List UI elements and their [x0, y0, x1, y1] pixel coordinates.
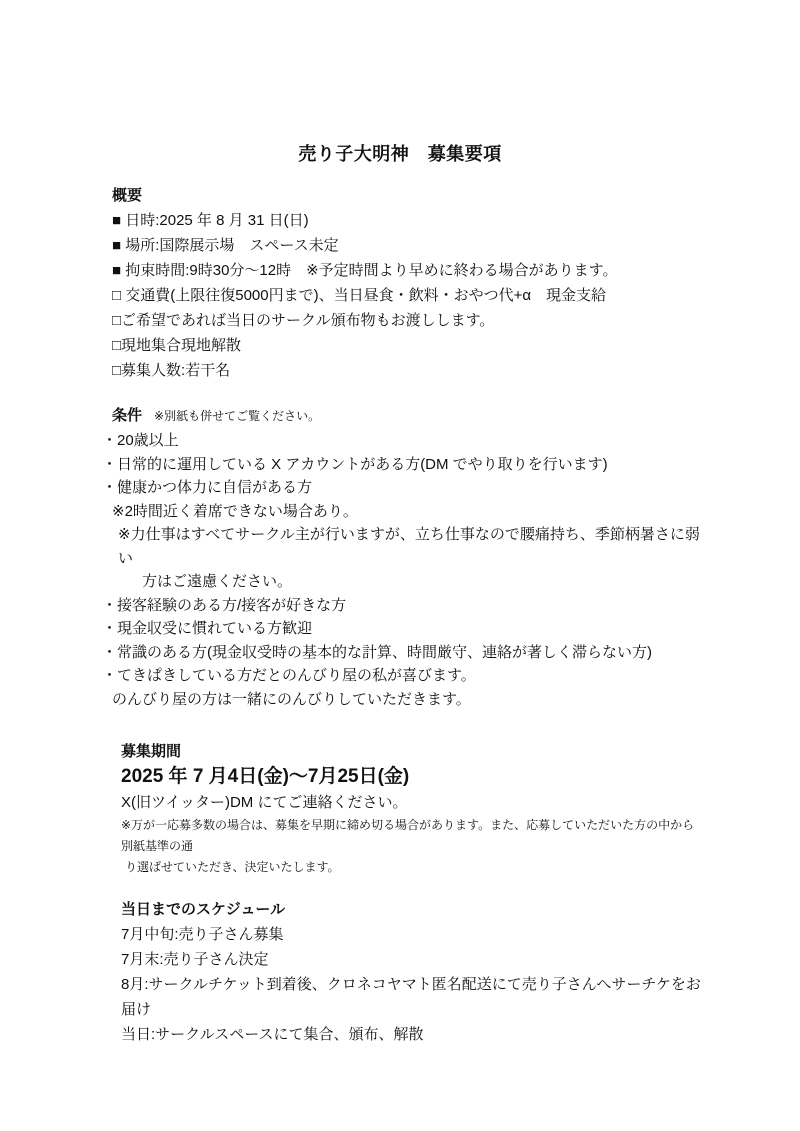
overview-line-expenses: □ 交通費(上限往復5000円まで)、当日昼食・飲料・おやつ代+α 現金支給	[112, 283, 704, 308]
condition-note-standing: ※2時間近く着席できない場合あり。	[112, 500, 704, 524]
schedule-line-event-day: 当日:サークルスペースにて集合、頒布、解散	[121, 1022, 704, 1047]
section-schedule: 当日までのスケジュール 7月中旬:売り子さん募集 7月末:売り子さん決定 8月:…	[121, 897, 704, 1047]
period-date-range: 2025 年 7 月4日(金)〜7月25日(金)	[121, 764, 704, 790]
schedule-line-mid-july: 7月中旬:売り子さん募集	[121, 922, 704, 947]
document-title: 売り子大明神 募集要項	[0, 0, 800, 167]
condition-line-service: ・接客経験のある方/接客が好きな方	[102, 594, 704, 618]
document-content: 概要 ■ 日時:2025 年 8 月 31 日(日) ■ 場所:国際展示場 スペ…	[0, 183, 800, 1047]
overview-line-goods: □ご希望であれば当日のサークル頒布物もお渡しします。	[112, 308, 704, 333]
condition-line-health: ・健康かつ体力に自信がある方	[102, 476, 704, 500]
overview-line-headcount: □募集人数:若干名	[112, 358, 704, 383]
schedule-heading: 当日までのスケジュール	[121, 897, 704, 922]
overview-line-meeting: □現地集合現地解散	[112, 333, 704, 358]
schedule-line-august: 8月:サークルチケット到着後、クロネコヤマト匿名配送にて売り子さんへサーチケをお…	[121, 972, 704, 1022]
section-conditions: 条件 ※別紙も併せてご覧ください。 ・20歳以上 ・日常的に運用している X ア…	[112, 403, 704, 711]
period-contact: X(旧ツイッター)DM にてご連絡ください。	[121, 790, 704, 815]
condition-note-heavy-work-cont: 方はご遠慮ください。	[142, 570, 704, 594]
conditions-heading-note: ※別紙も併せてご覧ください。	[154, 404, 320, 429]
section-recruitment-period: 募集期間 2025 年 7 月4日(金)〜7月25日(金) X(旧ツイッター)D…	[121, 739, 704, 878]
condition-line-x-account: ・日常的に運用している X アカウントがある方(DM でやり取りを行います)	[102, 453, 704, 477]
condition-note-heavy-work: ※力仕事はすべてサークル主が行いますが、立ち仕事なので腰痛持ち、季節柄暑さに弱い	[118, 523, 704, 570]
period-heading: 募集期間	[121, 739, 704, 764]
conditions-heading-row: 条件 ※別紙も併せてご覧ください。	[112, 403, 704, 429]
condition-line-age: ・20歳以上	[102, 429, 704, 453]
period-note-line-2: り選ばせていただき、決定いたします。	[125, 857, 704, 878]
condition-line-brisk: ・てきぱきしている方だとのんびり屋の私が喜びます。	[102, 664, 704, 688]
condition-line-cash: ・現金収受に慣れている方歓迎	[102, 617, 704, 641]
document-page: 売り子大明神 募集要項 概要 ■ 日時:2025 年 8 月 31 日(日) ■…	[0, 0, 800, 1131]
overview-heading: 概要	[112, 183, 704, 208]
overview-line-datetime: ■ 日時:2025 年 8 月 31 日(日)	[112, 208, 704, 233]
conditions-heading: 条件	[112, 403, 142, 428]
period-note-line-1: ※万が一応募多数の場合は、募集を早期に締め切る場合があります。また、応募していた…	[121, 815, 704, 857]
section-overview: 概要 ■ 日時:2025 年 8 月 31 日(日) ■ 場所:国際展示場 スペ…	[112, 183, 704, 383]
condition-line-brisk-cont: のんびり屋の方は一緒にのんびりしていただきます。	[112, 688, 704, 712]
schedule-line-end-july: 7月末:売り子さん決定	[121, 947, 704, 972]
overview-line-hours: ■ 拘束時間:9時30分〜12時 ※予定時間より早めに終わる場合があります。	[112, 258, 704, 283]
condition-line-common-sense: ・常識のある方(現金収受時の基本的な計算、時間厳守、連絡が著しく滞らない方)	[102, 641, 704, 665]
overview-line-place: ■ 場所:国際展示場 スペース未定	[112, 233, 704, 258]
